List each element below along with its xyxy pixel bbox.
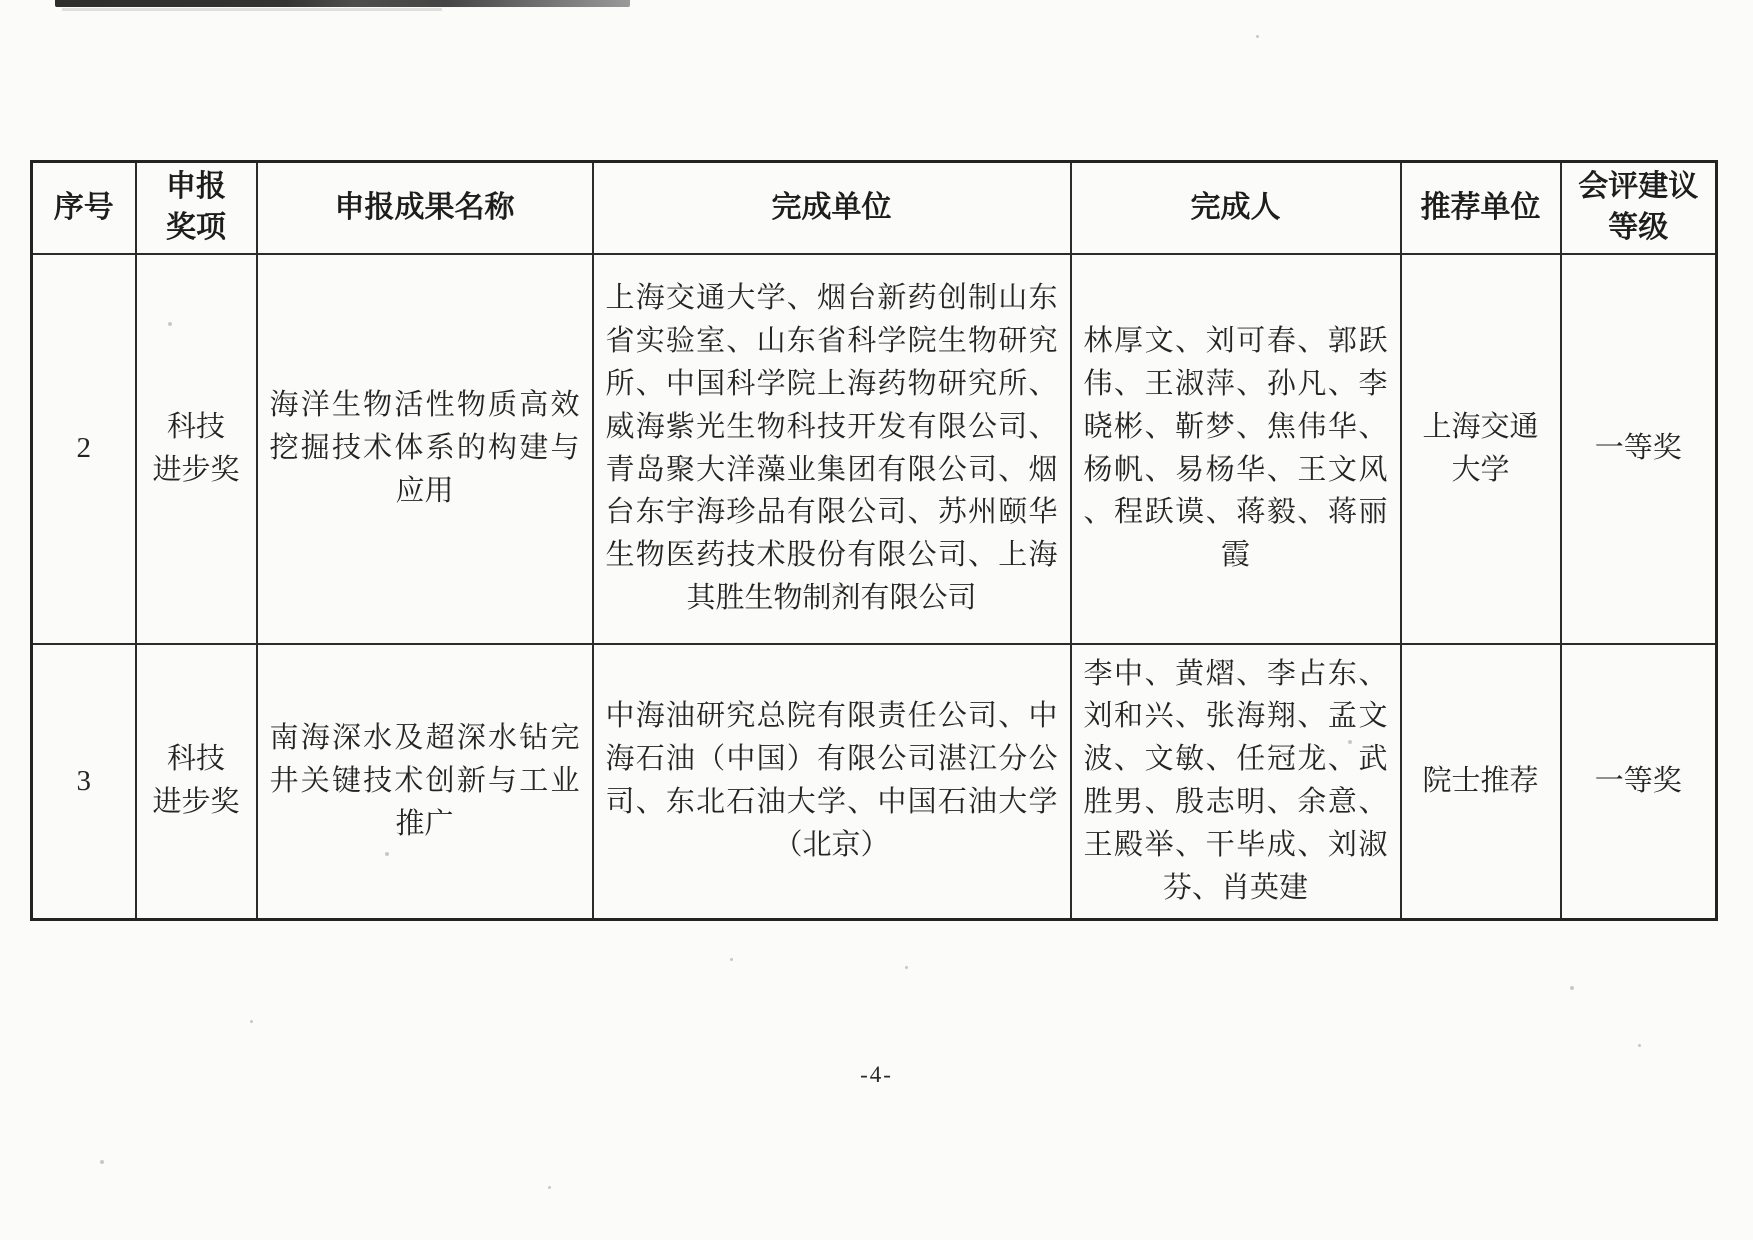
cell-seq: 2 <box>32 254 136 644</box>
cell-grade: 一等奖 <box>1561 644 1717 920</box>
header-cell-award: 申报 奖项 <box>136 162 257 254</box>
table-header-row: 序号 申报 奖项 申报成果名称 完成单位 完成人 推荐单位 会评建议 等级 <box>32 162 1717 254</box>
cell-award: 科技 进步奖 <box>136 254 257 644</box>
scan-speckle <box>548 1186 551 1189</box>
cell-units: 中海油研究总院有限责任公司、中海石油（中国）有限公司湛江分公司、东北石油大学、中… <box>593 644 1071 920</box>
scan-speckle <box>1570 986 1574 990</box>
header-cell-recommender: 推荐单位 <box>1401 162 1561 254</box>
cell-persons: 林厚文、刘可春、郭跃伟、王淑萍、孙凡、李晓彬、靳梦、焦伟华、杨帆、易杨华、王文风… <box>1071 254 1401 644</box>
scan-speckle <box>730 958 733 961</box>
cell-achievement: 南海深水及超深水钻完井关键技术创新与工业推广 <box>257 644 593 920</box>
scan-speckle <box>905 966 908 969</box>
cell-recommender: 院士推荐 <box>1401 644 1561 920</box>
cell-achievement: 海洋生物活性物质高效挖掘技术体系的构建与应用 <box>257 254 593 644</box>
scan-speckle <box>1256 35 1259 38</box>
header-cell-seq: 序号 <box>32 162 136 254</box>
cell-award: 科技 进步奖 <box>136 644 257 920</box>
table-row: 2 科技 进步奖 海洋生物活性物质高效挖掘技术体系的构建与应用 上海交通大学、烟… <box>32 254 1717 644</box>
scanned-document-page: { "page": { "footer_page_number": "-4-" … <box>0 0 1753 1240</box>
header-cell-persons: 完成人 <box>1071 162 1401 254</box>
table-row: 3 科技 进步奖 南海深水及超深水钻完井关键技术创新与工业推广 中海油研究总院有… <box>32 644 1717 920</box>
scan-artifact-band <box>55 0 630 7</box>
scan-speckle <box>100 1160 104 1164</box>
page-number: -4- <box>0 1062 1753 1088</box>
cell-persons: 李中、黄熠、李占东、刘和兴、张海翔、孟文波、文敏、任冠龙、武胜男、殷志明、余意、… <box>1071 644 1401 920</box>
cell-grade: 一等奖 <box>1561 254 1717 644</box>
scan-artifact-band-faint <box>62 8 442 11</box>
awards-table: 序号 申报 奖项 申报成果名称 完成单位 完成人 推荐单位 会评建议 等级 2 … <box>30 160 1718 921</box>
cell-units: 上海交通大学、烟台新药创制山东省实验室、山东省科学院生物研究所、中国科学院上海药… <box>593 254 1071 644</box>
header-cell-grade: 会评建议 等级 <box>1561 162 1717 254</box>
header-cell-units: 完成单位 <box>593 162 1071 254</box>
cell-recommender: 上海交通 大学 <box>1401 254 1561 644</box>
scan-speckle <box>1638 1044 1641 1047</box>
header-cell-achievement: 申报成果名称 <box>257 162 593 254</box>
cell-seq: 3 <box>32 644 136 920</box>
scan-speckle <box>250 1020 253 1023</box>
